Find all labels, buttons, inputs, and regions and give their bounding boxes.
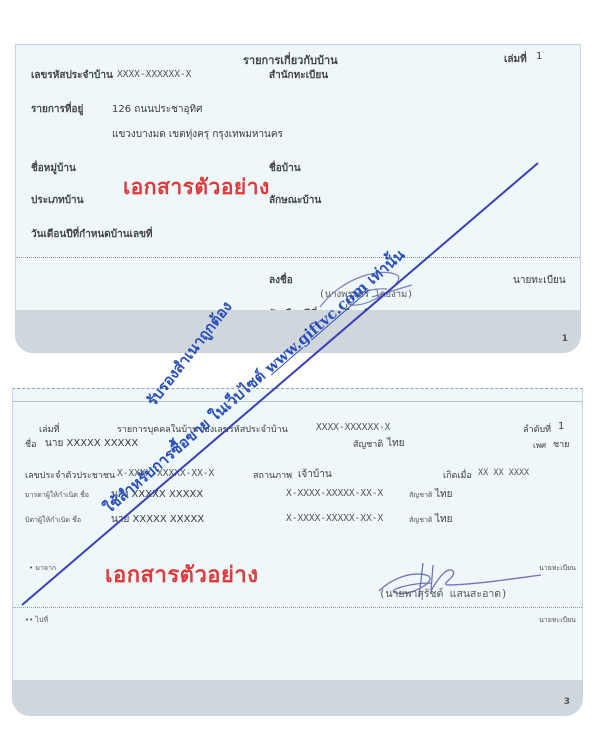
father-nationality-label: สัญชาติ (409, 515, 432, 526)
name-value: นาย XXXXX XXXXX (45, 436, 138, 451)
registry-office-label: สำนักทะเบียน (269, 68, 328, 83)
name-label: ชื่อ (25, 437, 37, 451)
page-number: 3 (564, 697, 570, 707)
village-label: ชื่อหมู่บ้าน (31, 161, 76, 176)
nationality-value: ไทย (387, 436, 404, 451)
sex-value: ชาย (553, 437, 569, 451)
father-name: นาย XXXXX XXXXX (111, 512, 204, 527)
order-label: ลำดับที่ (523, 422, 551, 436)
house-code-value: XXXX-XXXXXX-X (117, 69, 191, 80)
assigned-date-label: วันเดือนปีที่กำหนดบ้านเลขที่ (31, 227, 153, 242)
mother-name: นาง XXXXX XXXXX (111, 487, 203, 502)
mother-label: มารดาผู้ให้กำเนิด ชื่อ (25, 490, 89, 501)
registrar-title-to: นายทะเบียน (539, 615, 576, 626)
father-nationality-value: ไทย (435, 512, 452, 527)
house-type-label: ประเภทบ้าน (31, 193, 84, 208)
moved-from-label: • มาจาก (29, 563, 56, 574)
house-name-label: ชื่อบ้าน (269, 161, 301, 176)
address-line-2: แขวงบางมด เขตทุ่งครุ กรุงเทพมหานคร (112, 127, 283, 142)
house-character-label: ลักษณะบ้าน (269, 193, 321, 208)
status-label: สถานภาพ (253, 468, 292, 482)
book-value: 1 (536, 51, 542, 62)
section-divider (16, 257, 580, 258)
house-code-label: เลขรหัสประจำบ้าน (31, 68, 113, 83)
mother-nationality-label: สัญชาติ (409, 490, 432, 501)
registrar-name: (นายพาสุรัชต์ แสนสะอาด) (379, 585, 507, 602)
address-line-1: 126 ถนนประชาอุทิศ (112, 102, 202, 117)
person-list-title: รายการบุคคลในบ้านของเลขรหัสประจำบ้าน (117, 422, 288, 436)
mother-id: X-XXXX-XXXXX-XX-X (286, 488, 383, 499)
birth-label: เกิดเมื่อ (443, 468, 472, 482)
page-footer-band: 3 (13, 680, 582, 715)
birth-value: XX XX XXXX (478, 468, 529, 478)
signed-label: ลงชื่อ (269, 273, 293, 288)
nationality-label: สัญชาติ (353, 437, 383, 451)
sex-label: เพศ (533, 439, 546, 452)
section-divider (13, 607, 582, 608)
address-label: รายการที่อยู่ (31, 102, 83, 117)
sample-document-stamp: เอกสารตัวอย่าง (105, 557, 259, 592)
house-details-title: รายการเกี่ยวกับบ้าน (243, 51, 338, 69)
status-value: เจ้าบ้าน (298, 467, 332, 482)
book-label: เล่มที่ (39, 422, 59, 436)
registrar-title: นายทะเบียน (513, 273, 566, 288)
book-label: เล่มที่ (504, 52, 527, 67)
page-footer-band: 1 (16, 310, 580, 352)
moved-to-label: •• ไปที่ (25, 615, 48, 626)
mother-nationality-value: ไทย (435, 487, 452, 502)
father-label: บิดาผู้ให้กำเนิด ชื่อ (25, 515, 81, 526)
father-id: X-XXXX-XXXXX-XX-X (286, 513, 383, 524)
id-value: X-XXXX-XXXXX-XX-X (117, 468, 214, 479)
page-number: 1 (562, 334, 568, 344)
header-rule (13, 401, 582, 402)
person-details-page: เล่มที่ รายการบุคคลในบ้านของเลขรหัสประจำ… (12, 388, 583, 716)
id-label: เลขประจำตัวประชาชน (25, 468, 115, 482)
house-details-page: รายการเกี่ยวกับบ้าน เล่มที่ 1 เลขรหัสประ… (15, 44, 581, 353)
house-code-value: XXXX-XXXXXX-X (316, 422, 390, 433)
sample-document-stamp: เอกสารตัวอย่าง (123, 171, 270, 204)
order-value: 1 (558, 421, 564, 432)
